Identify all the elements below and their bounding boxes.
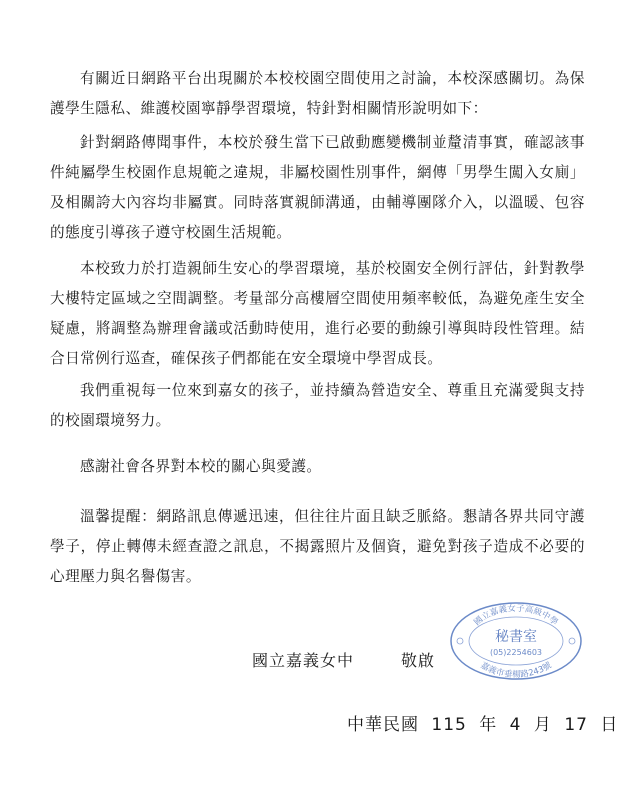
document-page: 有關近日網路平台出現關於本校校園空間使用之討論，本校深感關切。為保護學生隱私、維… (0, 0, 641, 798)
svg-text:嘉義市垂楊路243號: 嘉義市垂楊路243號 (478, 659, 553, 680)
date-era: 中華民國 (347, 715, 419, 735)
paragraph-space-adjustment: 本校致力於打造親師生安心的學習環境，基於校園安全例行評估，針對教學大樓特定區域之… (50, 254, 585, 374)
signature-school: 國立嘉義女中 (252, 648, 354, 671)
date-day: 17 (564, 715, 588, 735)
document-date: 中華民國 115 年 4 月 17 日 (347, 710, 624, 735)
paragraph-thanks: 感謝社會各界對本校的關心與愛護。 (50, 452, 585, 482)
office-seal-stamp-icon: 國立嘉義女子高級中學 秘書室 (05)2254603 嘉義市垂楊路243號 (449, 601, 583, 681)
date-month: 4 (510, 715, 522, 735)
paragraph-commitment: 我們重視每一位來到嘉女的孩子，並持續為營造安全、尊重且充滿愛與支持的校園環境努力… (50, 376, 585, 436)
date-year-unit: 年 (479, 715, 497, 735)
date-month-unit: 月 (534, 715, 552, 735)
signature-closing: 敬啟 (401, 648, 435, 671)
paragraph-intro: 有關近日網路平台出現關於本校校園空間使用之討論，本校深感關切。為保護學生隱私、維… (50, 64, 585, 124)
stamp-phone-text: (05)2254603 (490, 648, 542, 657)
stamp-center-text: 秘書室 (495, 629, 537, 645)
date-day-unit: 日 (600, 715, 618, 735)
paragraph-reminder: 溫馨提醒：網路訊息傳遞迅速，但往往片面且缺乏脈絡。懇請各界共同守護學子，停止轉傳… (50, 502, 585, 592)
stamp-bottom-text: 嘉義市垂楊路243號 (478, 659, 553, 680)
paragraph-incident: 針對網路傳聞事件，本校於發生當下已啟動應變機制並釐清事實，確認該事件純屬學生校園… (50, 128, 585, 248)
date-year: 115 (431, 715, 466, 735)
